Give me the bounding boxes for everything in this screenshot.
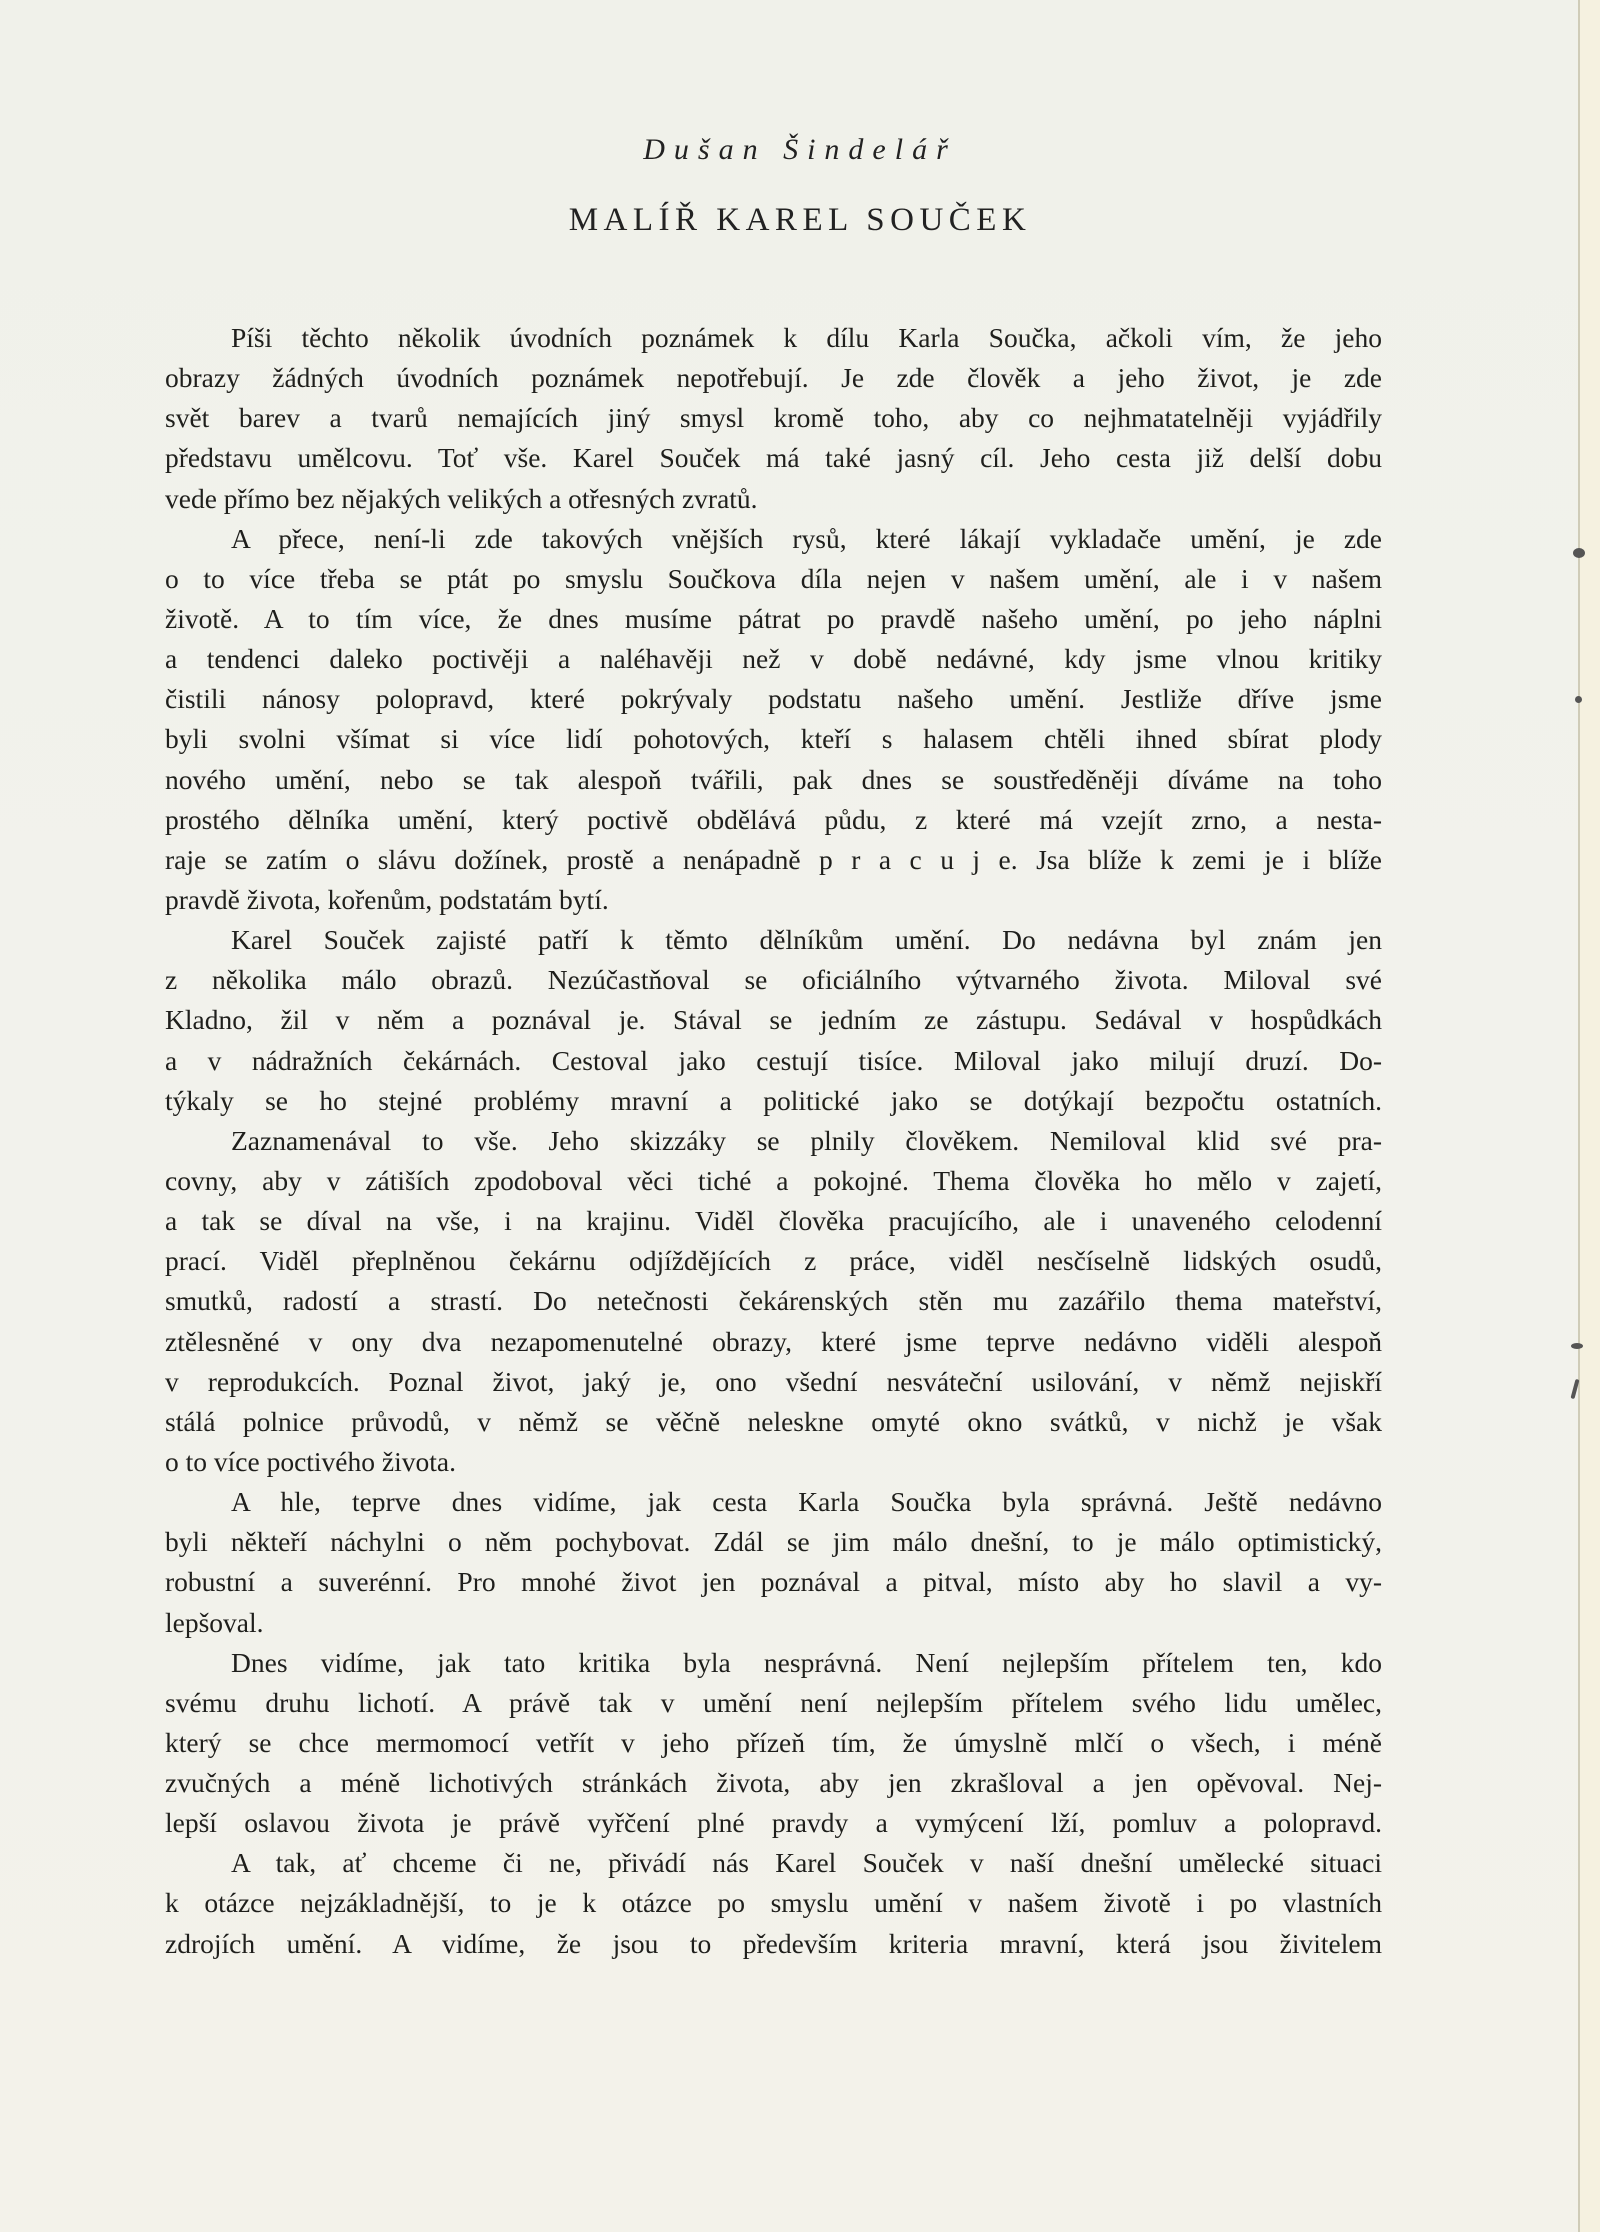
text-line: týkaly se ho stejné problémy mravní a po…: [165, 1081, 1382, 1121]
text-line: byli svolni všímat si více lidí pohotový…: [165, 719, 1382, 759]
text-line: a tak se díval na vše, i na krajinu. Vid…: [165, 1201, 1382, 1241]
article-body: Píši těchto několik úvodních poznámek k …: [165, 318, 1382, 1964]
text-line: svět barev a tvarů nemajících jiný smysl…: [165, 398, 1382, 438]
text-line: a tendenci daleko poctivěji a naléhavěji…: [165, 639, 1382, 679]
text-line: robustní a suverénní. Pro mnohé život je…: [165, 1562, 1382, 1602]
text-line: v reprodukcích. Poznal život, jaký je, o…: [165, 1362, 1382, 1402]
margin-speck: [1571, 1343, 1583, 1349]
text-line: stálá polnice průvodů, v němž se věčně n…: [165, 1402, 1382, 1442]
text-line: Zaznamenával to vše. Jeho skizzáky se pl…: [165, 1121, 1382, 1161]
text-line: o to více poctivého života.: [165, 1442, 1382, 1482]
text-line: obrazy žádných úvodních poznámek nepotře…: [165, 358, 1382, 398]
text-line: byli někteří náchylni o něm pochybovat. …: [165, 1522, 1382, 1562]
text-line: raje se zatím o slávu dožínek, prostě a …: [165, 840, 1382, 880]
text-line: A přece, není-li zde takových vnějších r…: [165, 519, 1382, 559]
text-line: který se chce mermomocí vetřít v jeho př…: [165, 1723, 1382, 1763]
article-title: MALÍŘ KAREL SOUČEK: [0, 202, 1600, 239]
text-line: svému druhu lichotí. A právě tak v umění…: [165, 1683, 1382, 1723]
text-line: čistili nánosy polopravd, které pokrýval…: [165, 679, 1382, 719]
text-line: z několika málo obrazů. Nezúčastňoval se…: [165, 960, 1382, 1000]
text-line: životě. A to tím více, že dnes musíme pá…: [165, 599, 1382, 639]
adjacent-page-strip: [1580, 0, 1600, 2232]
text-line: a v nádražních čekárnách. Cestoval jako …: [165, 1041, 1382, 1081]
text-line: prací. Viděl přeplněnou čekárnu odjížděj…: [165, 1241, 1382, 1281]
text-line: Dnes vidíme, jak tato kritika byla nespr…: [165, 1643, 1382, 1683]
author-name: Dušan Šindelář: [0, 133, 1600, 167]
text-line: A tak, ať chceme či ne, přivádí nás Kare…: [165, 1843, 1382, 1883]
text-line: o to více třeba se ptát po smyslu Součko…: [165, 559, 1382, 599]
text-line: k otázce nejzákladnější, to je k otázce …: [165, 1883, 1382, 1923]
text-line: smutků, radostí a strastí. Do netečnosti…: [165, 1281, 1382, 1321]
text-line: pravdě života, kořenům, podstatám bytí.: [165, 880, 1382, 920]
text-line: vede přímo bez nějakých velikých a otřes…: [165, 479, 1382, 519]
text-line: Kladno, žil v něm a poznával je. Stával …: [165, 1000, 1382, 1040]
text-line: prostého dělníka umění, který poctivě ob…: [165, 800, 1382, 840]
text-line: představu umělcovu. Toť vše. Karel Souče…: [165, 438, 1382, 478]
margin-speck: [1575, 696, 1582, 703]
text-line: lepšoval.: [165, 1603, 1382, 1643]
text-line: Píši těchto několik úvodních poznámek k …: [165, 318, 1382, 358]
text-line: Karel Souček zajisté patří k těmto dělní…: [165, 920, 1382, 960]
text-line: A hle, teprve dnes vidíme, jak cesta Kar…: [165, 1482, 1382, 1522]
margin-speck: [1573, 548, 1585, 558]
text-line: zdrojích umění. A vidíme, že jsou to pře…: [165, 1924, 1382, 1964]
text-line: zvučných a méně lichotivých stránkách ži…: [165, 1763, 1382, 1803]
text-line: ztělesněné v ony dva nezapomenutelné obr…: [165, 1322, 1382, 1362]
text-line: covny, aby v zátiších zpodoboval věci ti…: [165, 1161, 1382, 1201]
text-line: nového umění, nebo se tak alespoň tvářil…: [165, 760, 1382, 800]
text-line: lepší oslavou života je právě vyřčení pl…: [165, 1803, 1382, 1843]
